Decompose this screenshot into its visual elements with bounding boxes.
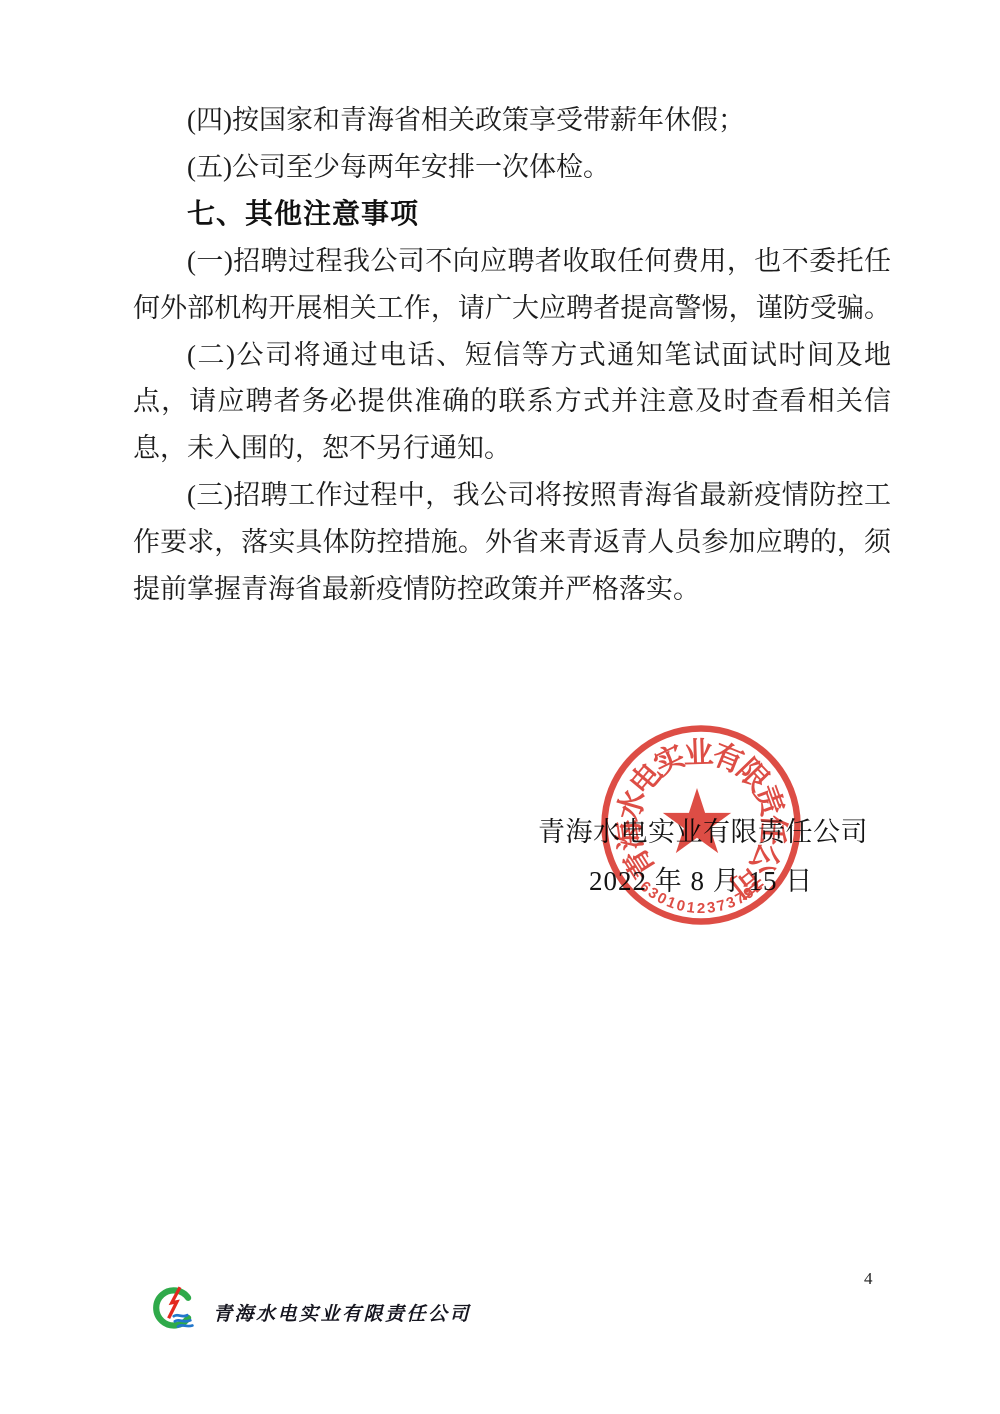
body-line: 点，请应聘者务必提供准确的联系方式并注意及时查看相关信	[133, 378, 891, 425]
company-logo-icon	[149, 1284, 211, 1336]
body-line: 何外部机构开展相关工作，请广大应聘者提高警惕，谨防受骗。	[133, 285, 891, 332]
body-line: (二)公司将通过电话、短信等方式通知笔试面试时间及地	[133, 332, 891, 379]
document-page: (四)按国家和青海省相关政策享受带薪年休假； (五)公司至少每两年安排一次体检。…	[0, 0, 1000, 1414]
seal-star-icon	[663, 788, 731, 853]
svg-text:2: 2	[697, 900, 705, 917]
body-line: 息，未入围的，恕不另行通知。	[133, 425, 891, 472]
body-line: 作要求，落实具体防控措施。外省来青返青人员参加应聘的，须	[133, 519, 891, 566]
body-line: (一)招聘过程我公司不向应聘者收取任何费用，也不委托任	[133, 238, 891, 285]
body-line: (四)按国家和青海省相关政策享受带薪年休假；	[133, 97, 891, 144]
company-seal-stamp: 青海水电实业有限责任公司 6301012373792	[591, 715, 811, 935]
body-line: (三)招聘工作过程中，我公司将按照青海省最新疫情防控工	[133, 472, 891, 519]
document-body: (四)按国家和青海省相关政策享受带薪年休假； (五)公司至少每两年安排一次体检。…	[133, 97, 891, 613]
footer-company-name: 青海水电实业有限责任公司	[213, 1299, 471, 1326]
svg-text:1: 1	[686, 899, 696, 917]
page-number: 4	[864, 1269, 873, 1289]
body-line: 提前掌握青海省最新疫情防控政策并严格落实。	[133, 566, 891, 613]
section-heading: 七、其他注意事项	[133, 191, 891, 238]
body-line: (五)公司至少每两年安排一次体检。	[133, 144, 891, 191]
